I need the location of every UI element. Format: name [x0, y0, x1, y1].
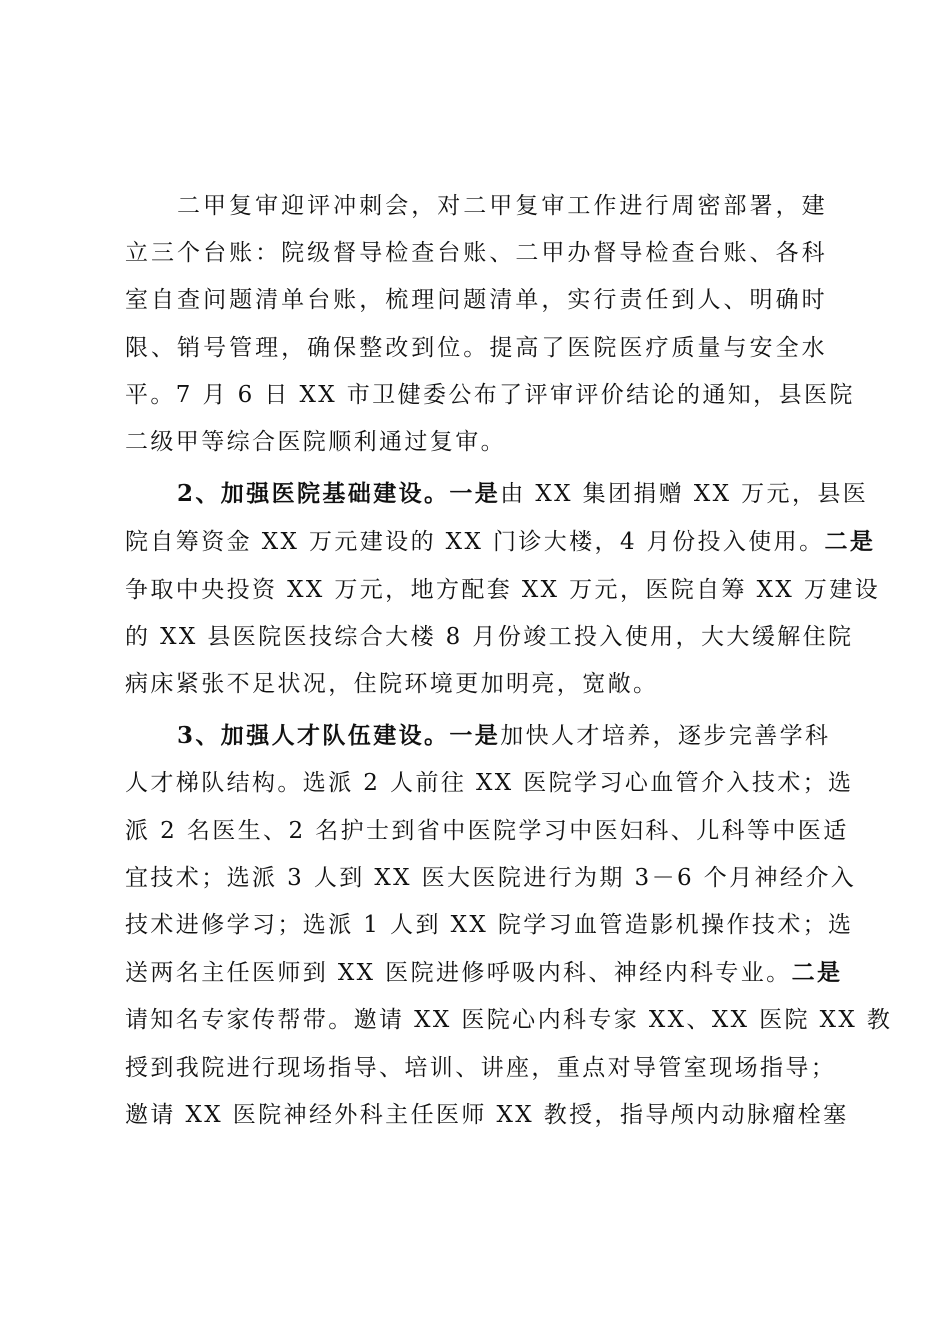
text-line: 室自查问题清单台账，梳理问题清单，实行责任到人、明确时: [125, 277, 827, 324]
text-line: 人才梯队结构。选派 2 人前往 XX 医院学习心血管介入技术；选: [125, 760, 827, 807]
text-line: 2、加强医院基础建设。一是由 XX 集团捐赠 XX 万元，县医: [125, 470, 827, 518]
text-line: 技术进修学习；选派 1 人到 XX 院学习血管造影机操作技术；选: [125, 902, 827, 949]
text-line: 争取中央投资 XX 万元，地方配套 XX 万元，医院自筹 XX 万建设: [125, 567, 827, 614]
text-line: 宜技术；选派 3 人到 XX 医大医院进行为期 3－6 个月神经介入: [125, 855, 827, 902]
section-heading: 3、加强人才队伍建设。一是: [177, 722, 500, 749]
text-line: 院自筹资金 XX 万元建设的 XX 门诊大楼，4 月份投入使用。二是: [125, 518, 827, 566]
text-line: 派 2 名医生、2 名护士到省中医院学习中医妇科、儿科等中医适: [125, 808, 827, 855]
text-line: 送两名主任医师到 XX 医院进修呼吸内科、神经内科专业。二是: [125, 949, 827, 997]
emphasis-label: 二是: [824, 528, 875, 555]
text-line: 的 XX 县医院医技综合大楼 8 月份竣工投入使用，大大缓解住院: [125, 614, 827, 661]
text-line: 立三个台账：院级督导检查台账、二甲办督导检查台账、各科: [125, 230, 827, 277]
document-page: 二甲复审迎评冲刺会，对二甲复审工作进行周密部署，建 立三个台账：院级督导检查台账…: [125, 183, 827, 1139]
text-line: 二甲复审迎评冲刺会，对二甲复审工作进行周密部署，建: [125, 183, 827, 230]
text-line: 授到我院进行现场指导、培训、讲座，重点对导管室现场指导；: [125, 1045, 827, 1092]
text-line: 二级甲等综合医院顺利通过复审。: [125, 419, 827, 466]
paragraph-infrastructure: 2、加强医院基础建设。一是由 XX 集团捐赠 XX 万元，县医 院自筹资金 XX…: [125, 470, 827, 708]
section-heading: 2、加强医院基础建设。一是: [177, 480, 500, 507]
text-line: 邀请 XX 医院神经外科主任医师 XX 教授，指导颅内动脉瘤栓塞: [125, 1092, 827, 1139]
paragraph-talent: 3、加强人才队伍建设。一是加快人才培养，逐步完善学科 人才梯队结构。选派 2 人…: [125, 712, 827, 1139]
text-line: 限、销号管理，确保整改到位。提高了医院医疗质量与安全水: [125, 325, 827, 372]
text-line: 3、加强人才队伍建设。一是加快人才培养，逐步完善学科: [125, 712, 827, 760]
emphasis-label: 二是: [792, 959, 843, 986]
paragraph-review: 二甲复审迎评冲刺会，对二甲复审工作进行周密部署，建 立三个台账：院级督导检查台账…: [125, 183, 827, 466]
text-line: 平。7 月 6 日 XX 市卫健委公布了评审评价结论的通知，县医院: [125, 372, 827, 419]
text-line: 请知名专家传帮带。邀请 XX 医院心内科专家 XX、XX 医院 XX 教: [125, 997, 827, 1044]
text-line: 病床紧张不足状况，住院环境更加明亮，宽敞。: [125, 661, 827, 708]
